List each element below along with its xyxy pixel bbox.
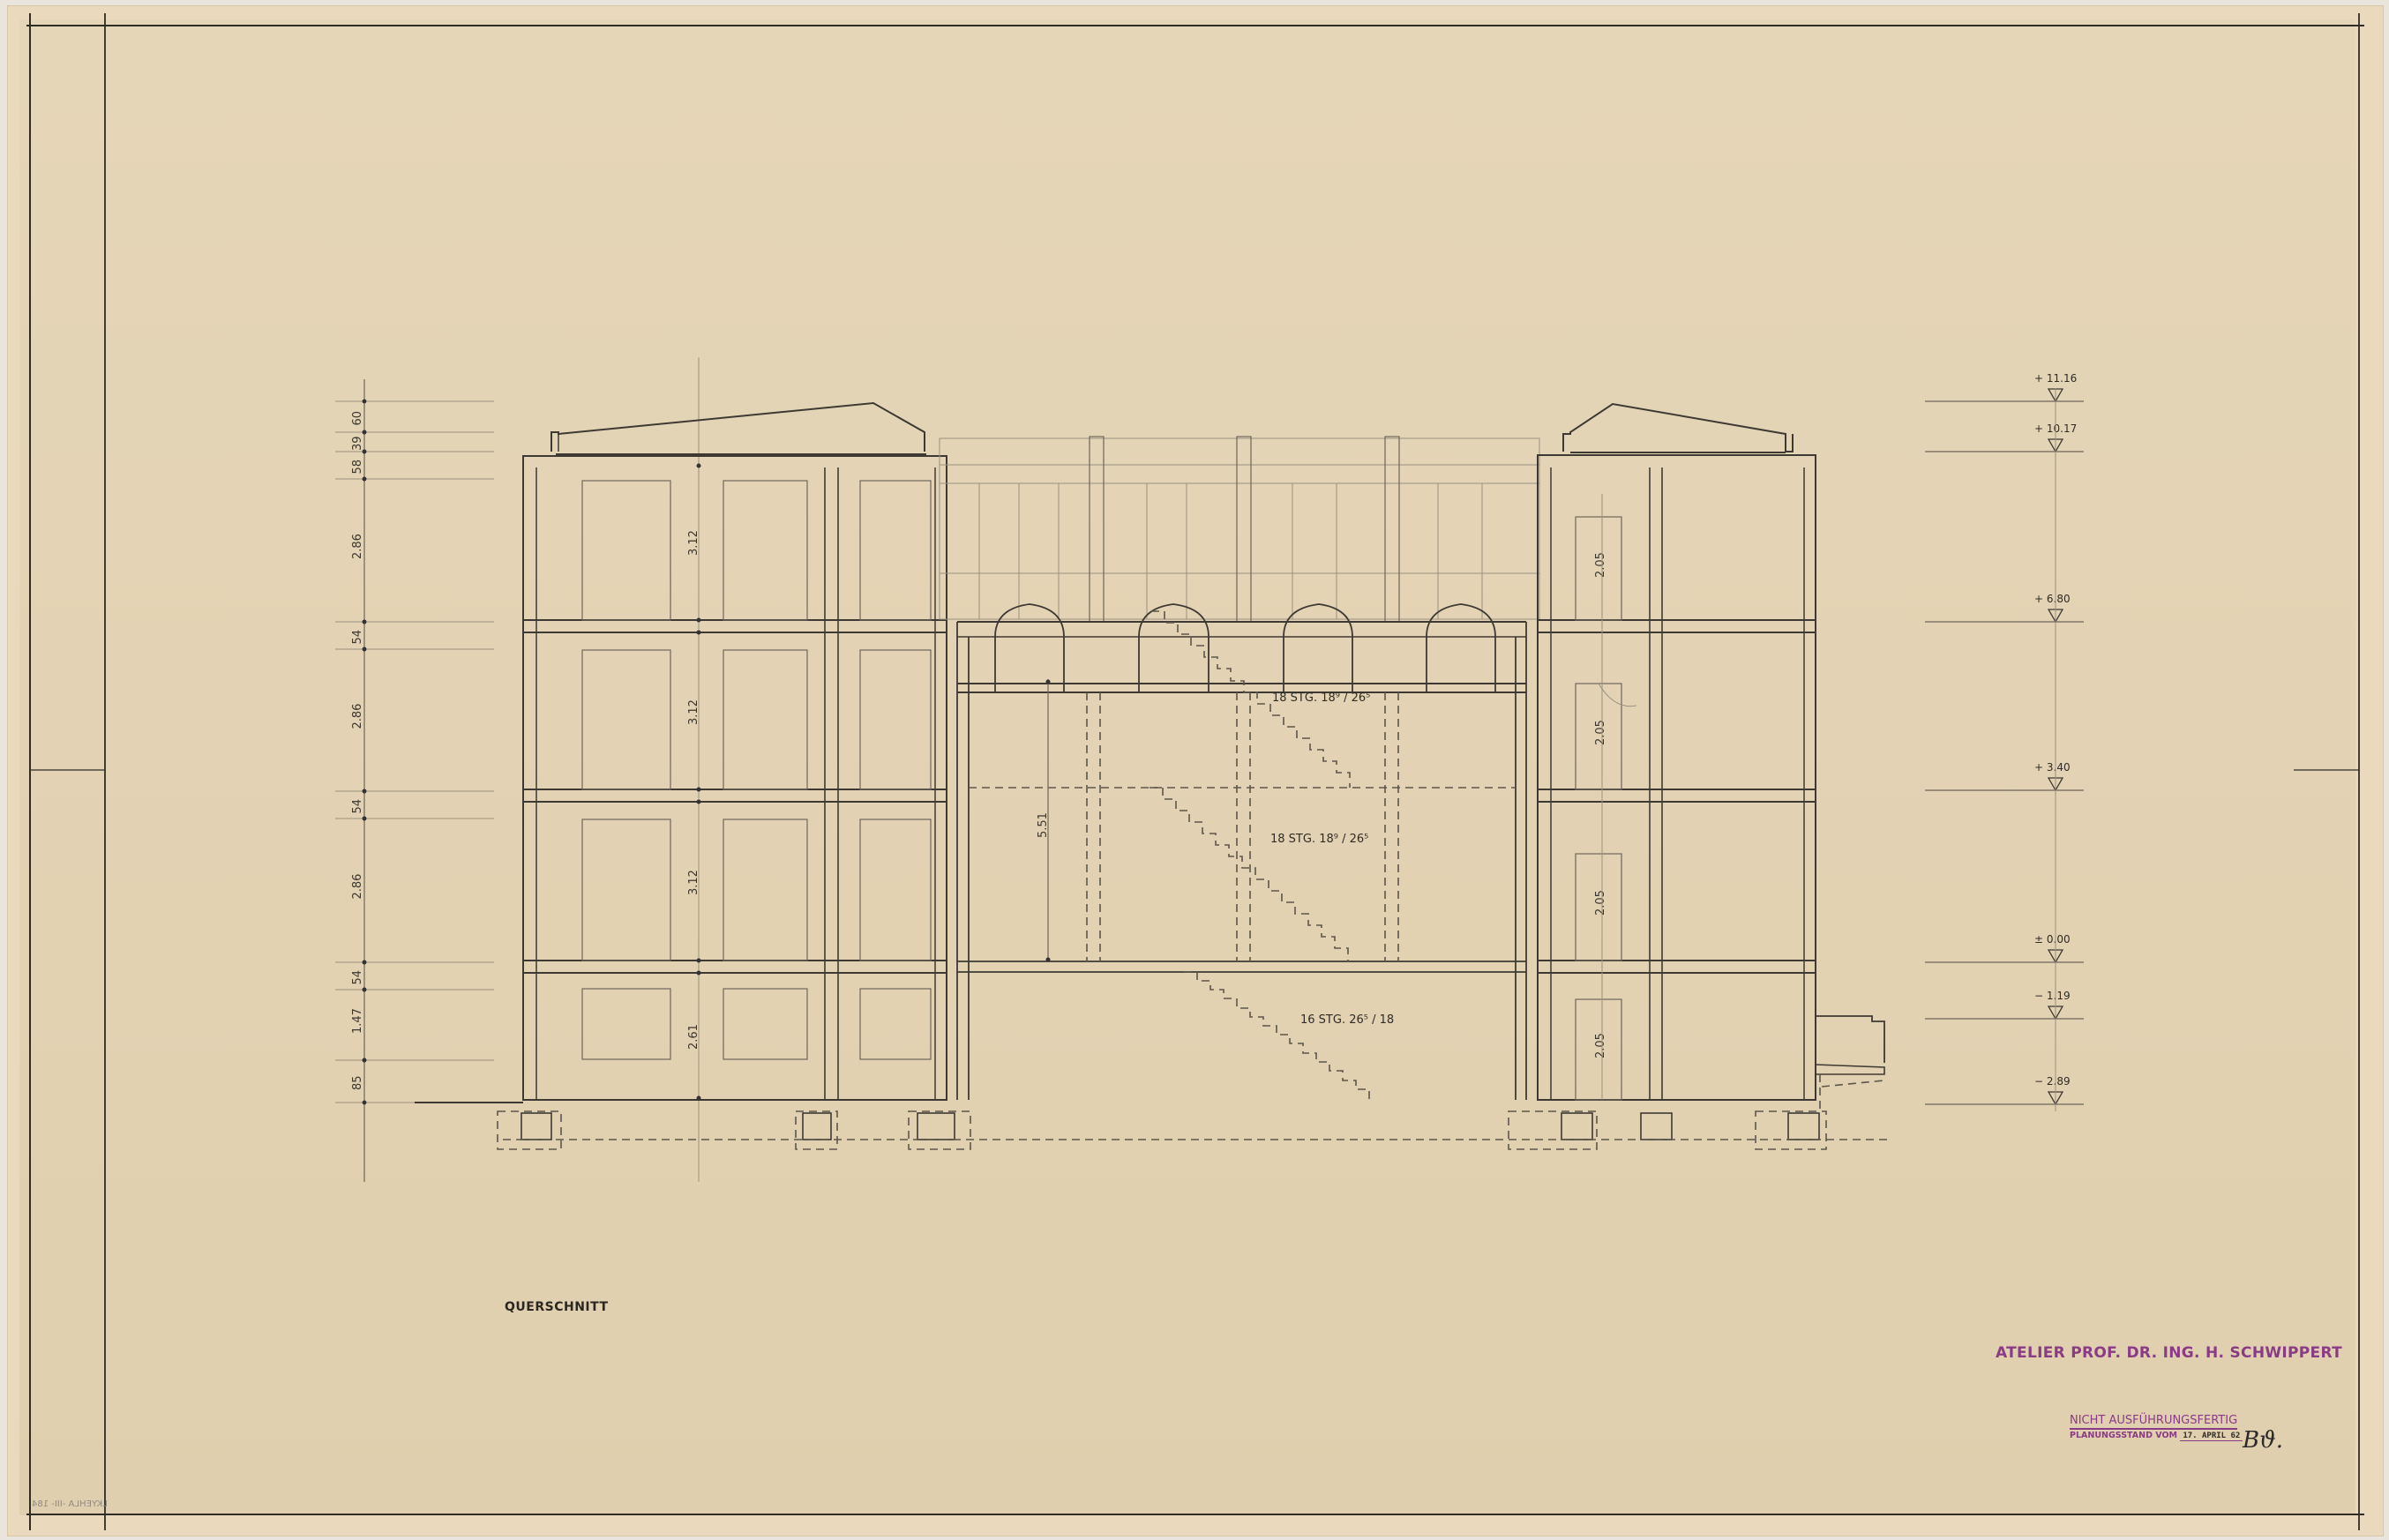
elevation-label: + 3.40 bbox=[2034, 761, 2071, 774]
svg-text:2.05: 2.05 bbox=[1594, 720, 1607, 745]
dimension-label: 85 bbox=[351, 1075, 364, 1090]
dimension-label: 58 bbox=[351, 460, 364, 475]
elevation-marker: + 11.16 bbox=[1925, 372, 2084, 401]
dimension-label: 54 bbox=[351, 970, 364, 985]
elevation-marker: + 10.17 bbox=[1925, 422, 2084, 452]
svg-text:18 STG. 18⁹ / 26⁵: 18 STG. 18⁹ / 26⁵ bbox=[1270, 833, 1368, 846]
svg-text:2.61: 2.61 bbox=[687, 1024, 700, 1050]
cross-section-drawing: 6039582.86542.86542.86541.4785 + 11.16+ … bbox=[0, 0, 2389, 1540]
left-dimension-chain: 6039582.86542.86542.86541.4785 bbox=[335, 379, 494, 1182]
elevation-markers: + 11.16+ 10.17+ 6.80+ 3.40± 0.00− 1.19− … bbox=[1925, 372, 2084, 1111]
foundations bbox=[415, 1103, 1888, 1149]
svg-text:3.12: 3.12 bbox=[687, 699, 700, 725]
dimension-label: 1.47 bbox=[351, 1008, 364, 1034]
elevation-marker: − 2.89 bbox=[1925, 1075, 2084, 1104]
svg-text:2.05: 2.05 bbox=[1594, 552, 1607, 578]
frame-lines bbox=[26, 13, 2364, 1530]
dimension-label: 2.86 bbox=[351, 704, 364, 729]
stair-hall: 5.51 18 STG. 18⁹ / 26⁵ 18 STG. 18⁹ / 26⁵… bbox=[940, 437, 1539, 1100]
dimension-label: 2.86 bbox=[351, 874, 364, 900]
dimension-label: 54 bbox=[351, 799, 364, 814]
svg-text:18 STG. 18⁹ / 26⁵: 18 STG. 18⁹ / 26⁵ bbox=[1272, 692, 1370, 705]
date-label: PLANUNGSSTAND VOM bbox=[2070, 1431, 2177, 1440]
svg-text:16 STG. 26⁵ / 18: 16 STG. 26⁵ / 18 bbox=[1300, 1013, 1394, 1027]
elevation-label: ± 0.00 bbox=[2034, 933, 2071, 946]
planning-date-stamp: PLANUNGSSTAND VOM 17. APRIL 62 bbox=[2070, 1431, 2243, 1440]
elevation-label: + 11.16 bbox=[2034, 372, 2077, 385]
right-wing: 2.05 2.05 2.05 2.05 bbox=[1538, 404, 1884, 1111]
svg-text:3.12: 3.12 bbox=[687, 530, 700, 556]
elevation-label: + 6.80 bbox=[2034, 593, 2071, 605]
status-stamp: NICHT AUSFÜHRUNGSFERTIG bbox=[2070, 1414, 2237, 1430]
left-wing: 3.12 3.12 3.12 2.61 bbox=[523, 403, 947, 1101]
date-value: 17. APRIL 62 bbox=[2180, 1432, 2243, 1441]
svg-text:3.12: 3.12 bbox=[687, 870, 700, 895]
elevation-marker: + 3.40 bbox=[1925, 761, 2084, 790]
svg-text:5.51: 5.51 bbox=[1037, 812, 1050, 838]
office-stamp: ATELIER PROF. DR. ING. H. SCHWIPPERT bbox=[1996, 1344, 2342, 1362]
dimension-label: 39 bbox=[351, 436, 364, 451]
dimension-label: 54 bbox=[351, 630, 364, 645]
dimension-label: 2.86 bbox=[351, 534, 364, 559]
dimension-label: 60 bbox=[351, 411, 364, 426]
signature: Bϑ. bbox=[2243, 1427, 2283, 1454]
elevation-marker: ± 0.00 bbox=[1925, 933, 2084, 962]
elevation-label: − 1.19 bbox=[2034, 990, 2071, 1002]
archive-margin-note: LKYEHLA -III- 184 bbox=[32, 1499, 108, 1509]
svg-text:2.05: 2.05 bbox=[1594, 890, 1607, 916]
elevation-marker: + 6.80 bbox=[1925, 593, 2084, 622]
svg-text:2.05: 2.05 bbox=[1594, 1033, 1607, 1058]
elevation-marker: − 1.19 bbox=[1925, 990, 2084, 1019]
elevation-label: − 2.89 bbox=[2034, 1075, 2071, 1088]
section-title: QUERSCHNITT bbox=[505, 1300, 609, 1314]
